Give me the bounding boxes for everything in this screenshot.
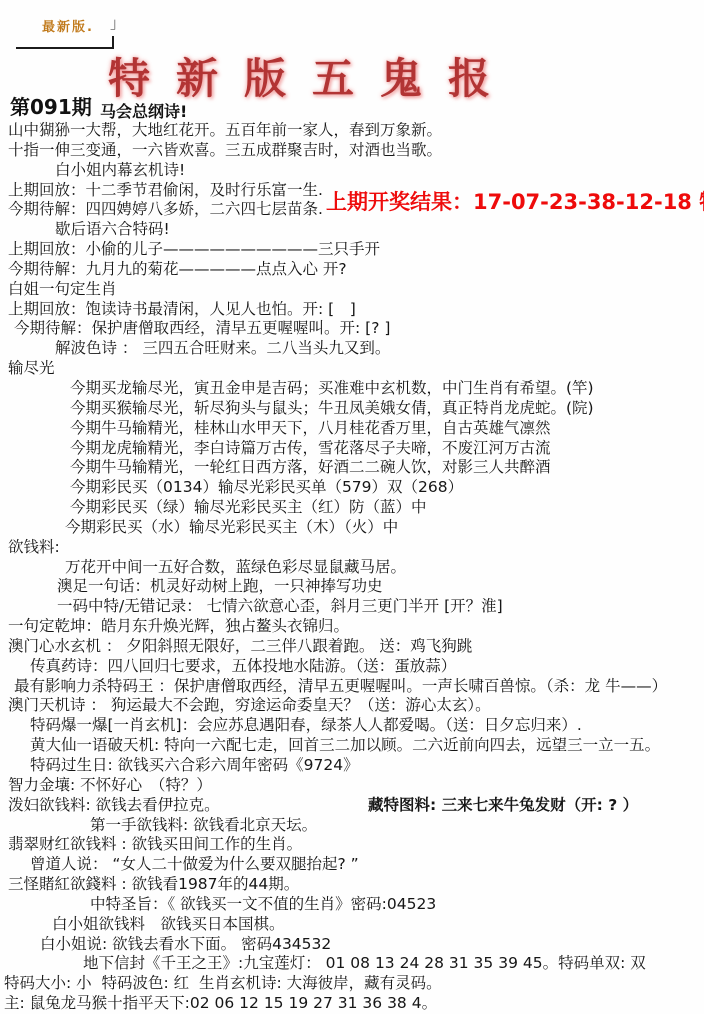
text-line-main: 今期彩民买（水）输尽光彩民买主（木）（火）中 [65, 518, 398, 536]
text-line: 白小姐说: 欲钱去看水下面。 密码434532 [0, 935, 704, 955]
text-line-main: 今期待解：保护唐僧取西经，清早五更喔喔叫。开: [? ] [14, 319, 390, 337]
text-line-main: 今期待解：四四娉婷八多娇，二六四七层苗条. [8, 200, 323, 218]
text-line-main: 今期彩民买（绿）输尽光彩民买主（红）防（蓝）中 [70, 498, 427, 516]
underline-rule [16, 36, 114, 49]
text-line-main: 白小姐内幕玄机诗! [55, 161, 185, 179]
edition-label: 最新版. [42, 16, 94, 35]
text-line: 特码过生日: 欲钱买六合彩六周年密码《9724》 [0, 756, 704, 776]
text-line-main: 今期待解：九月九的菊花—————点点入心 开? [8, 260, 347, 278]
text-line-main: 澳门天机诗 ： 狗运最大不会跑，穷途运命委皇天？（送：游心太玄）。 [8, 696, 491, 714]
text-line-main: 白姐一句定生肖 [8, 280, 117, 298]
text-line: 黄大仙一语破天机: 特向一六配七走，回首三二加以顾。二六近前向四去，远望三一立一… [0, 736, 704, 756]
text-line-main: 智力金壤: 不怀好心 （特？） [8, 776, 212, 794]
text-line: 今期买猴输尽光，斩尽狗头与鼠头；牛丑凤美娥女倩，真正特肖龙虎蛇。(院) [0, 399, 704, 419]
text-line: 澳足一句话：机灵好动树上跑，一只神捧写功史 [0, 577, 704, 597]
text-line: 上期回放：小偷的儿子——————————三只手开 [0, 240, 704, 260]
text-line: 第一手欲钱料: 欲钱看北京天坛。 [0, 816, 704, 836]
text-line-main: 歇后语六合特码! [55, 220, 170, 238]
page: 最新版. 」 特新版五鬼报 第091期 马会总纲诗! 上期开奖结果：17-07-… [0, 0, 704, 1014]
text-line-main: 特码大小: 小 特码波色: 红 生肖玄机诗: 大海彼岸，藏有灵码。 [4, 974, 442, 992]
text-line-main: 第一手欲钱料: 欲钱看北京天坛。 [90, 816, 317, 834]
text-line: 上期回放：饱读诗书最清闲，人见人也怕。开: [ ] [0, 300, 704, 320]
text-line-main: 今期彩民买（0134）输尽光彩民买单（579）双（268） [70, 478, 463, 496]
text-line: 今期牛马输精光，桂林山水甲天下，八月桂花香万里，自古英雄气凛然 [0, 419, 704, 439]
text-line: 今期彩民买（水）输尽光彩民买主（木）（火）中 [0, 518, 704, 538]
text-line: 地下信封《千王之王》:九宝莲灯： 01 08 13 24 28 31 35 39… [0, 954, 704, 974]
text-line: 解波色诗 ： 三四五合旺财来。二八当头九又到。 [0, 339, 704, 359]
corner-bracket-mark: 」 [110, 12, 125, 33]
text-line-main: 上期回放：十二季节君偷闲，及时行乐富一生. [8, 181, 323, 199]
text-line: 欲钱料: [0, 538, 704, 558]
text-line: 今期买龙输尽光，寅丑金申是吉码；买准难中玄机数，中门生肖有希望。(竿) [0, 379, 704, 399]
text-line: 翡翠财红欲钱料 : 欲钱买田间工作的生肖。 [0, 835, 704, 855]
text-line-main: 一码中特/无错记录： 七情六欲意心歪，斜月三更门半开 [开？淮] [57, 597, 503, 615]
text-line-main: 今期牛马输精光，一轮红日西方落，好酒二二碗人饮，对影三人共醉酒 [70, 458, 551, 476]
text-line: 今期待解：四四娉婷八多娇，二六四七层苗条. [0, 200, 704, 220]
text-line-main: 解波色诗 ： 三四五合旺财来。二八当头九又到。 [55, 339, 390, 357]
text-line-main: 中特圣旨：《 欲钱买一文不值的生肖》密码:04523 [90, 895, 436, 913]
text-line: 今期待解：九月九的菊花—————点点入心 开? [0, 260, 704, 280]
text-line: 最有影响力杀特码王 ：保护唐僧取西经，清早五更喔喔叫。一声长啸百兽惊。（杀：龙 … [0, 677, 704, 697]
text-line: 今期彩民买（绿）输尽光彩民买主（红）防（蓝）中 [0, 498, 704, 518]
text-line-main: 翡翠财红欲钱料 : 欲钱买田间工作的生肖。 [8, 835, 302, 853]
text-line-main: 特码过生日: 欲钱买六合彩六周年密码《9724》 [30, 756, 359, 774]
text-line-main: 上期回放：饱读诗书最清闲，人见人也怕。开: [ ] [8, 300, 356, 318]
text-line: 上期回放：十二季节君偷闲，及时行乐富一生. [0, 181, 704, 201]
page-title: 特新版五鬼报 [108, 46, 516, 106]
text-line-main: 澳门心水玄机 ： 夕阳斜照无限好，二三伴八跟着跑。 送：鸡飞狗跳 [8, 637, 472, 655]
text-line-main: 澳足一句话：机灵好动树上跑，一只神捧写功史 [57, 577, 383, 595]
text-line-main: 今期龙虎输精光，李白诗篇万古传，雪花落尽子夫啼，不废江河万古流 [70, 439, 551, 457]
text-line: 输尽光 [0, 359, 704, 379]
text-line: 万花开中间一五好合数，蓝绿色彩尽显鼠藏马居。 [0, 558, 704, 578]
text-line: 白小姐内幕玄机诗! [0, 161, 704, 181]
text-line: 白小姐欲钱料 欲钱买日本国棋。 [0, 915, 704, 935]
text-line-main: 白小姐欲钱料 欲钱买日本国棋。 [52, 915, 285, 933]
text-line-main: 万花开中间一五好合数，蓝绿色彩尽显鼠藏马居。 [65, 558, 406, 576]
text-line: 特码大小: 小 特码波色: 红 生肖玄机诗: 大海彼岸，藏有灵码。 [0, 974, 704, 994]
text-line: 泼妇欲钱料: 欲钱去看伊拉克。藏特图料: 三来七来牛兔发财（开: ? ） [0, 796, 704, 816]
text-line-main: 曾道人说： “女人二十做爱为什么要双腿抬起? ” [30, 855, 359, 873]
text-line-main: 最有影响力杀特码王 ：保护唐僧取西经，清早五更喔喔叫。一声长啸百兽惊。（杀：龙 … [14, 677, 667, 695]
text-line: 歇后语六合特码! [0, 220, 704, 240]
text-line-main: 泼妇欲钱料: 欲钱去看伊拉克。 [8, 796, 220, 814]
text-line: 三怪賭紅欲錢料 : 欲钱看1987年的44期。 [0, 875, 704, 895]
text-line-main: 今期牛马输精光，桂林山水甲天下，八月桂花香万里，自古英雄气凛然 [70, 419, 551, 437]
text-line: 一码中特/无错记录： 七情六欲意心歪，斜月三更门半开 [开？淮] [0, 597, 704, 617]
text-line-right: 藏特图料: 三来七来牛兔发财（开: ? ） [368, 796, 638, 816]
text-line-main: 黄大仙一语破天机: 特向一六配七走，回首三二加以顾。二六近前向四去，远望三一立一… [30, 736, 660, 754]
text-line-main: 十指一伸三变通，一六皆欢喜。三五成群聚吉时，对酒也当歌。 [8, 141, 442, 159]
text-line: 澳门天机诗 ： 狗运最大不会跑，穷途运命委皇天？（送：游心太玄）。 [0, 696, 704, 716]
text-line-main: 一句定乾坤：皓月东升焕光辉，独占鳌头衣锦归。 [8, 617, 349, 635]
text-line: 白姐一句定生肖 [0, 280, 704, 300]
text-line-main: 主: 鼠兔龙马猴十指平天下:02 06 12 15 19 27 31 36 38… [4, 994, 437, 1012]
text-line: 今期彩民买（0134）输尽光彩民买单（579）双（268） [0, 478, 704, 498]
text-line-main: 输尽光 [8, 359, 55, 377]
text-line: 澳门心水玄机 ： 夕阳斜照无限好，二三伴八跟着跑。 送：鸡飞狗跳 [0, 637, 704, 657]
text-line: 十指一伸三变通，一六皆欢喜。三五成群聚吉时，对酒也当歌。 [0, 141, 704, 161]
text-line: 特码爆一爆[一肖玄机]：会应苏息遇阳春，绿茶人人都爱喝。（送：日夕忘归来）. [0, 716, 704, 736]
text-line: 中特圣旨：《 欲钱买一文不值的生肖》密码:04523 [0, 895, 704, 915]
body-lines: 山中猢狲一大帮，大地红花开。五百年前一家人，春到万象新。十指一伸三变通，一六皆欢… [0, 121, 704, 1014]
text-line: 一句定乾坤：皓月东升焕光辉，独占鳌头衣锦归。 [0, 617, 704, 637]
text-line-main: 传真药诗：四八回归七要求，五体投地水陆游。（送：蛋放蒜） [30, 657, 456, 675]
text-line-main: 上期回放：小偷的儿子——————————三只手开 [8, 240, 380, 258]
text-line-main: 白小姐说: 欲钱去看水下面。 密码434532 [40, 935, 331, 953]
text-line: 曾道人说： “女人二十做爱为什么要双腿抬起? ” [0, 855, 704, 875]
text-line-main: 欲钱料: [8, 538, 60, 556]
text-line-main: 三怪賭紅欲錢料 : 欲钱看1987年的44期。 [8, 875, 299, 893]
issue-number: 第091期 [10, 91, 92, 120]
text-line: 传真药诗：四八回归七要求，五体投地水陆游。（送：蛋放蒜） [0, 657, 704, 677]
text-line: 主: 鼠兔龙马猴十指平天下:02 06 12 15 19 27 31 36 38… [0, 994, 704, 1014]
text-line-main: 山中猢狲一大帮，大地红花开。五百年前一家人，春到万象新。 [8, 121, 442, 139]
text-line: 山中猢狲一大帮，大地红花开。五百年前一家人，春到万象新。 [0, 121, 704, 141]
text-line-main: 今期买猴输尽光，斩尽狗头与鼠头；牛丑凤美娥女倩，真正特肖龙虎蛇。(院) [70, 399, 594, 417]
text-line-main: 今期买龙输尽光，寅丑金申是吉码；买准难中玄机数，中门生肖有希望。(竿) [70, 379, 594, 397]
text-line-main: 地下信封《千王之王》:九宝莲灯： 01 08 13 24 28 31 35 39… [83, 954, 646, 972]
text-line: 智力金壤: 不怀好心 （特？） [0, 776, 704, 796]
text-line-main: 特码爆一爆[一肖玄机]：会应苏息遇阳春，绿茶人人都爱喝。（送：日夕忘归来）. [30, 716, 582, 734]
masthead-subtitle: 马会总纲诗! [100, 99, 187, 122]
text-line: 今期待解：保护唐僧取西经，清早五更喔喔叫。开: [? ] [0, 319, 704, 339]
text-line: 今期龙虎输精光，李白诗篇万古传，雪花落尽子夫啼，不废江河万古流 [0, 439, 704, 459]
text-line: 今期牛马输精光，一轮红日西方落，好酒二二碗人饮，对影三人共醉酒 [0, 458, 704, 478]
